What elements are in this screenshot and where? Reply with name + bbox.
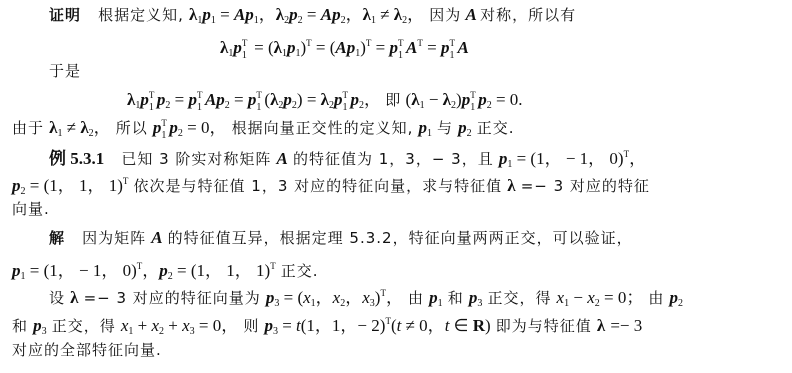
proof-text: 与 (437, 119, 453, 137)
example-text: 的特征值为 1，3，− 3，且 (293, 150, 494, 168)
solution-text: 正交，得 (487, 289, 551, 307)
solution-text: 和 (448, 289, 464, 307)
proof-text: 对称，所以有 (480, 6, 576, 24)
proof-text: 正交. (477, 119, 515, 137)
solution-text: 由 (648, 289, 664, 307)
solution-text: 由 (408, 289, 424, 307)
solution-line-4: 和 p3 正交，得 x1 + x2 + x3 = 0， 则 p3 = t(1，1… (12, 311, 642, 342)
example-label: 例 5.3.1 (49, 149, 104, 168)
solution-line-1: 解 因为矩阵 A 的特征值互异，根据定理 5.3.2，特征向量两两正交，可以验证… (49, 228, 633, 248)
solution-text: 设 (49, 289, 65, 307)
proof-text: 根据定义知, (98, 6, 184, 24)
vector-p1: (1， − 1， 0) (530, 149, 623, 168)
solution-text: 则 (243, 317, 259, 335)
solution-text: 的特征值互异，根据定理 5.3.2，特征向量两两正交，可以验证， (168, 229, 633, 247)
solution-line-3: 设 λ =− 3 对应的特征向量为 p3 = (x1，x2，x3)T， 由 p1… (49, 283, 683, 314)
solution-text: 即为与特征值 (496, 317, 592, 335)
formula: λ1p1 = Ap1，λ2p2 = Ap2，λ1 ≠ λ2， (189, 5, 424, 24)
example-text: 依次是与特征值 1，3 对应的特征向量，求与特征值 (134, 177, 503, 195)
proof-text: 因为 (429, 6, 461, 24)
solution-text: 和 (12, 317, 28, 335)
proof-text: 由于 (12, 119, 44, 137)
example-text: 已知 3 阶实对称矩阵 (121, 150, 271, 168)
formula-transpose: λ1pT1 = (λ1p1)T = (Ap1)T = pT1AT = pT1A (220, 33, 469, 64)
proof-yushi: 于是 (49, 61, 81, 81)
formula-orthogonal: λ1pT1p2 = pT1Ap2 = pT1(λ2p2) = λ2pT1p2， … (127, 90, 523, 116)
proof-conclusion: 由于 λ1 ≠ λ2， 所以 pT1p2 = 0， 根据向量正交性的定义知, p… (12, 118, 515, 144)
solution-label: 解 (49, 229, 65, 247)
solution-text: =− 3 对应的特征向量为 (84, 289, 261, 307)
solution-text: =− 3 (610, 316, 642, 335)
vector-p2: (1， 1， 1) (191, 261, 270, 280)
vector-p2: (1， 1， 1) (44, 176, 123, 195)
vector-p1: (1， − 1， 0) (44, 261, 137, 280)
proof-label: 证明 (49, 6, 81, 24)
example-text: =− 3 对应的特征 (521, 177, 650, 195)
solution-text: 正交，得 (52, 317, 116, 335)
formula-ji: 即 (385, 91, 401, 109)
proof-text: 所以 (116, 119, 148, 137)
proof-line-1: 证明 根据定义知, λ1p1 = Ap1，λ2p2 = Ap2，λ1 ≠ λ2，… (49, 5, 576, 31)
solution-text: 因为矩阵 (82, 229, 146, 247)
proof-text: 根据向量正交性的定义知, (232, 119, 414, 137)
solution-text: 正交. (281, 262, 319, 280)
example-line-2: p2 = (1， 1， 1)T 依次是与特征值 1，3 对应的特征向量，求与特征… (12, 171, 650, 202)
solution-line-5: 对应的全部特征向量. (12, 340, 162, 360)
example-line-3: 向量. (12, 199, 50, 219)
